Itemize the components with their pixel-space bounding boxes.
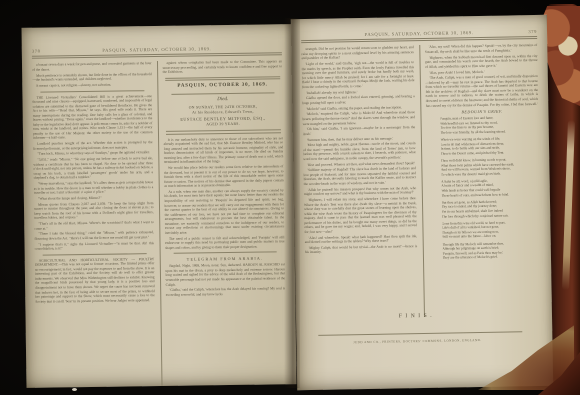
left-page: 378 PASQUIN, SATURDAY, OCTOBER 30, 1869.… bbox=[21, 24, 296, 388]
society-note: AGRICULTURAL AND HORTICULTURAL SOCIETY —… bbox=[35, 257, 155, 304]
paragraph: 'Highness, when the Sabbath moon had fir… bbox=[425, 54, 538, 70]
page-number-left: 378 bbox=[32, 49, 48, 54]
poem-line: The lore through which thy conjoined nat… bbox=[442, 213, 533, 219]
right-page-columns: strength. Did he not promise he would re… bbox=[301, 43, 542, 319]
poem-stanza: Through life thy Moloch will remember th… bbox=[442, 241, 533, 261]
poem-stanza: Thou well didst know, in burning words t… bbox=[441, 157, 532, 177]
running-head-left: 378 PASQUIN, SATURDAY, OCTOBER 30, 1869. bbox=[31, 24, 281, 53]
issue-masthead: PASQUIN, OCTOBER 30, 1869. bbox=[163, 82, 283, 90]
poem-stanza: When we were warring on the winds of lif… bbox=[440, 136, 531, 156]
telegram-article-continued: 'Alas, my soul! When did this happen? Sp… bbox=[425, 43, 539, 108]
poem-line: To which were thy deserts' maid gives bi… bbox=[441, 171, 532, 177]
paragraph: 'Giafha,' said the Caliph, 'wherefore ha… bbox=[166, 287, 286, 298]
poem-title: BEDOUIN'S GRIEF. bbox=[434, 108, 531, 115]
paragraph: 'The Arab, Caliph, was a man of good cou… bbox=[425, 74, 538, 108]
paragraph: 'Allah be praised! his mission prospers!… bbox=[304, 186, 417, 197]
victualler-article: THE Licensed Victuallers' Consolidated B… bbox=[32, 94, 154, 252]
paragraph: Giafha opened the door, and a livried sl… bbox=[302, 95, 415, 106]
right-page-column-2: 'Alas, my soul! When did this happen? Sp… bbox=[420, 43, 542, 317]
header-rule-left bbox=[32, 52, 282, 59]
double-rule bbox=[165, 130, 281, 135]
paragraph: 'Sublime majesty of Bagdad! Thy slave ha… bbox=[303, 166, 416, 186]
imprint-rule bbox=[318, 331, 522, 336]
dust-speck bbox=[72, 388, 77, 391]
right-page-column-1: strength. Did he not promise he would re… bbox=[301, 45, 424, 319]
paragraph: 'Alas, my soul! When did this happen? Sp… bbox=[425, 43, 538, 54]
book-photograph: 378 PASQUIN, SATURDAY, OCTOBER 30, 1869.… bbox=[0, 0, 580, 395]
paragraph: 'Mighty Caliph, that would be but trivia… bbox=[305, 244, 418, 255]
page-number-right: 379 bbox=[521, 29, 537, 34]
telegram-article: Bagdad, Night, 1869, Moon, none; Sun, da… bbox=[165, 263, 285, 298]
left-page-column-1: a bazaar seven days a week for pen and p… bbox=[32, 61, 162, 388]
paragraph: Bagdad, Night, 1869, Moon, none; Sun, da… bbox=[165, 263, 285, 287]
obituary: It is our melancholy duty to announce to… bbox=[164, 136, 285, 250]
paragraph: THE Licensed Victuallers' Consolidated B… bbox=[32, 94, 152, 141]
paragraph: against whom complaints had been made to… bbox=[162, 60, 282, 75]
right-page: PASQUIN, SATURDAY, OCTOBER 30, 1869. 379… bbox=[291, 15, 553, 390]
paragraph: Missus quotes from Clauses 2,037 and 2,0… bbox=[34, 201, 154, 221]
column-fragment: a bazaar seven days a week for pen and p… bbox=[32, 61, 152, 88]
running-head-right: PASQUIN, SATURDAY, OCTOBER 30, 1869. 379 bbox=[301, 15, 537, 38]
paragraph: AGRICULTURAL AND HORTICULTURAL SOCIETY —… bbox=[35, 257, 155, 304]
paragraph: strength. Did he not promise he would re… bbox=[301, 46, 414, 62]
paragraph: Landlord punches nought of the act. Whet… bbox=[33, 140, 153, 151]
left-page-columns: a bazaar seven days a week for pen and p… bbox=[32, 60, 287, 388]
paragraph: "Werry marvellous," says the landlord; "… bbox=[34, 180, 154, 195]
paragraph: Much penitence is ostensibly shown, but … bbox=[32, 72, 152, 83]
poem-stanza: But thou art gone, as Allah hath decreed… bbox=[441, 199, 532, 219]
poem-line: The lore was friendly, by all the learni… bbox=[440, 129, 531, 135]
paragraph: The need of a public censor is felt and … bbox=[165, 235, 285, 250]
section-rule bbox=[43, 253, 147, 255]
paragraph: It means caprice, not religion—slavery, … bbox=[32, 82, 152, 88]
printer-imprint: JUDD AND CO., PRINTERS, DOCTORS' COMMONS… bbox=[296, 337, 538, 345]
telegram-article-continued: strength. Did he not promise he would re… bbox=[301, 46, 417, 256]
paragraph: 'Light of the world,' said Giafha, 'sigh… bbox=[302, 60, 415, 89]
paragraph: a bazaar seven days a week for pen and p… bbox=[32, 61, 152, 72]
poem-stanza: Gone from this wise old world, so hard t… bbox=[442, 220, 533, 240]
poem-stanza: A Salut be all; word, a jarlid agile,A b… bbox=[441, 178, 532, 198]
section-rule bbox=[171, 92, 275, 94]
paragraph: "There I take the blessed thing," cried … bbox=[34, 230, 154, 241]
telegram-heading: TELEGRAM FROM ARABIA. bbox=[165, 255, 285, 262]
paragraph: "3,051," reads "Missus." "No one going o… bbox=[33, 156, 153, 180]
paragraph: As a rule, when one man dies, another ca… bbox=[164, 188, 284, 235]
paragraph: We would fain place before our readers s… bbox=[164, 164, 284, 188]
paragraph: 'Alas! and wherefore. Speak! what hath h… bbox=[305, 234, 418, 245]
paragraph: It is our melancholy duty to announce to… bbox=[164, 136, 284, 165]
poem-line: They are the utterance of Moloch's grief… bbox=[442, 254, 533, 260]
poem-line: Thou to the Desert came, and pitched thy… bbox=[441, 150, 532, 156]
death-notice: Died. ON SUNDAY, THE 24TH OCTOBER, At hi… bbox=[163, 96, 283, 128]
poem-line: Still we must unto the future—labor on. bbox=[442, 233, 533, 239]
paragraph: 'Most high and mighty, noble, great Haro… bbox=[303, 141, 416, 161]
double-rule bbox=[165, 76, 281, 81]
left-page-column-2: against whom complaints had been made to… bbox=[157, 60, 286, 387]
section-rule bbox=[40, 90, 144, 92]
paragraph: 'Oh him,' said Giafha, 'I am ignorant—ma… bbox=[303, 125, 416, 136]
poem-stanza: Pasquin, man of Eastern lore and fame,Wi… bbox=[440, 115, 531, 135]
paragraph: "That's all in the old Hact, Missus. Whe… bbox=[34, 220, 154, 231]
paragraph: 'Highness, I will relate my story, and w… bbox=[304, 196, 417, 234]
page-gutter-shadow bbox=[284, 18, 300, 388]
poem-line: Those hearts of ours, and teach them how… bbox=[441, 192, 532, 198]
paragraph: "I suppose that's it," sighs the License… bbox=[34, 241, 154, 252]
elegy-poem: BEDOUIN'S GRIEF. Pasquin, man of Eastern… bbox=[434, 108, 533, 260]
section-rule bbox=[173, 252, 277, 254]
paragraph: 'Moloch,' enquired the Caliph, 'who is M… bbox=[302, 111, 415, 127]
death-notice-title: Died. bbox=[163, 96, 283, 104]
poem-stanzas: Pasquin, man of Eastern lore and fame,Wi… bbox=[434, 115, 533, 260]
